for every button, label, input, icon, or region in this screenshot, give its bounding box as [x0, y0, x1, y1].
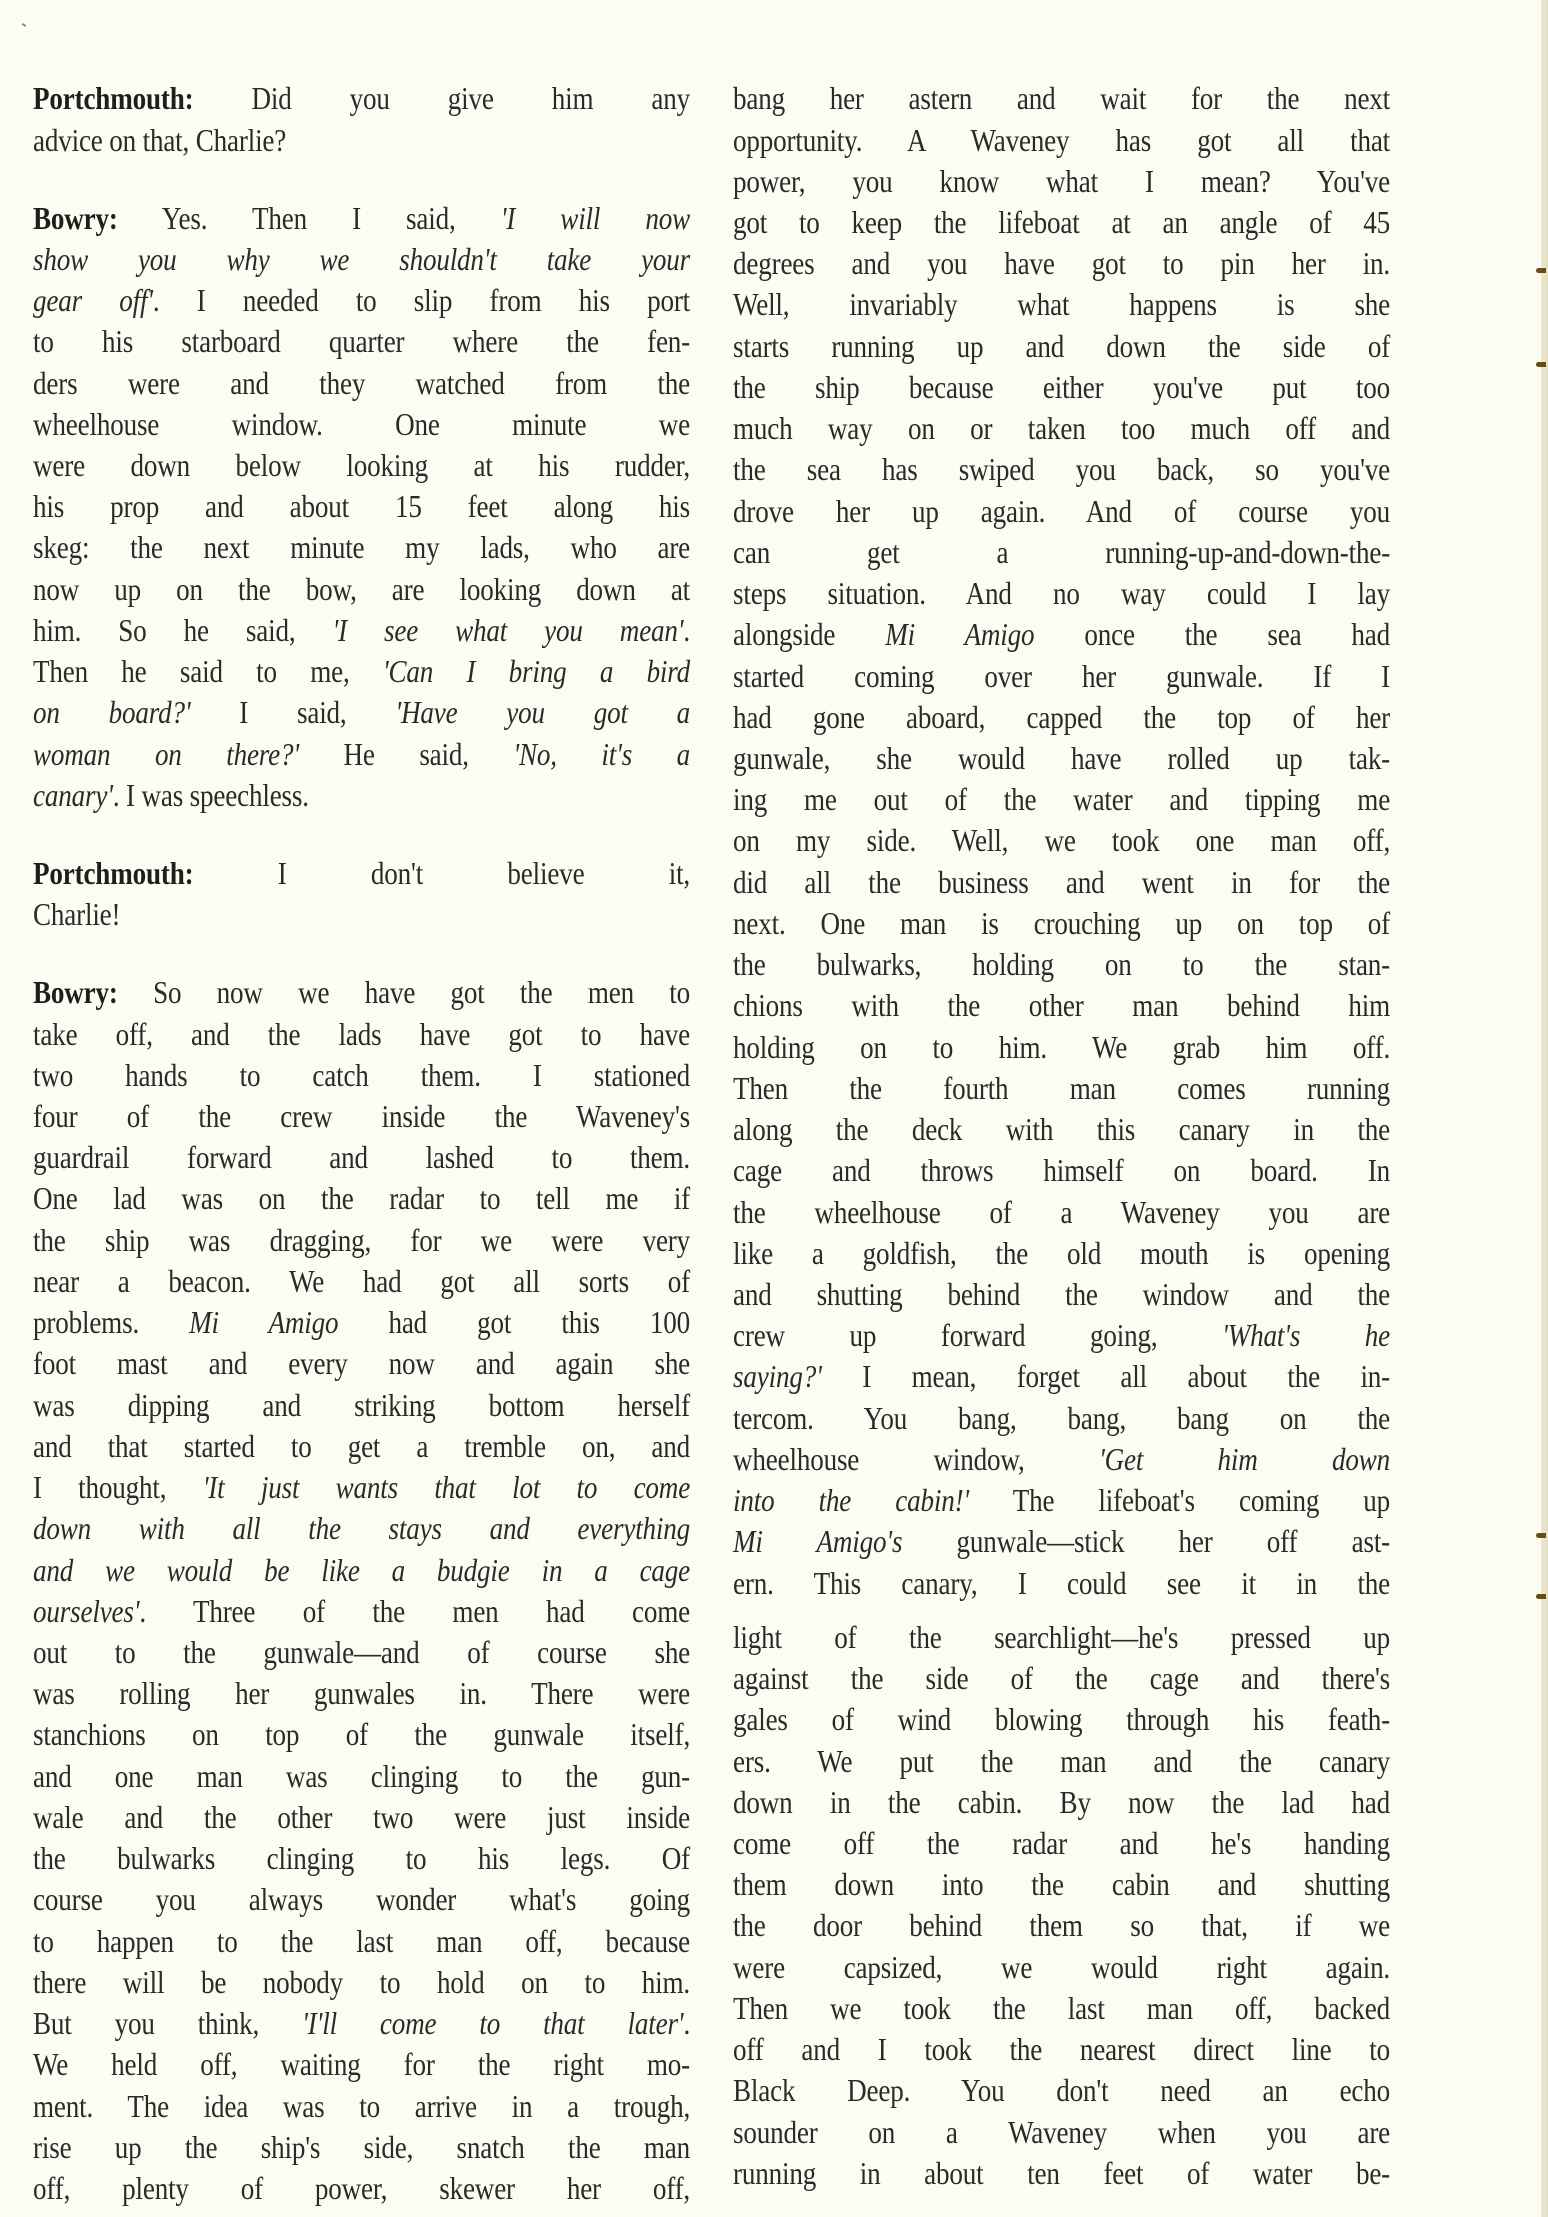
body-text: .: [683, 2006, 690, 2041]
text-line: stanchions on top of the gunwale itself,: [33, 1716, 690, 1754]
body-text: I said,: [190, 695, 395, 730]
text-line: Bowry: Yes. Then I said, 'I will now: [33, 200, 690, 238]
text-line: bang her astern and wait for the next: [733, 80, 1390, 118]
body-text: once the sea had: [1034, 617, 1390, 652]
body-text: were capsized, we would right again.: [733, 1950, 1390, 1985]
text-line: crew up forward going, 'What's he: [733, 1317, 1390, 1355]
text-line: to his starboard quarter where the fen-: [33, 323, 690, 361]
print-speck: [22, 23, 26, 27]
text-line: foot mast and every now and again she: [33, 1345, 690, 1383]
italic-text: 'It just wants that lot to come: [203, 1470, 690, 1505]
text-line: to happen to the last man off, because: [33, 1923, 690, 1961]
italic-text: Mi Amigo: [189, 1305, 338, 1340]
text-line: opportunity. A Waveney has got all that: [733, 122, 1390, 160]
body-text: ers. We put the man and the canary: [733, 1744, 1390, 1779]
body-text: We held off, waiting for the right mo-: [33, 2047, 690, 2082]
body-text: started coming over her gunwale. If I: [733, 659, 1390, 694]
text-line: chions with the other man behind him: [733, 987, 1390, 1025]
body-text: take off, and the lads have got to have: [33, 1017, 690, 1052]
body-text: was rolling her gunwales in. There were: [33, 1676, 690, 1711]
text-line: ment. The idea was to arrive in a trough…: [33, 2088, 690, 2126]
speaker-name: Bowry:: [33, 975, 118, 1010]
italic-text: canary': [33, 778, 113, 813]
body-text: to happen to the last man off, because: [33, 1924, 690, 1959]
staple-mark: [1536, 362, 1546, 367]
body-text: The lifeboat's coming up: [969, 1483, 1390, 1518]
body-text: starts running up and down the side of: [733, 329, 1390, 364]
body-text: Did you give him any: [193, 81, 690, 116]
text-line: the wheelhouse of a Waveney you are: [733, 1194, 1390, 1232]
text-line: running in about ten feet of water be-: [733, 2155, 1390, 2193]
body-text: and one man was clinging to the gun-: [33, 1759, 690, 1794]
text-line: I thought, 'It just wants that lot to co…: [33, 1469, 690, 1507]
body-text: the ship because either you've put too: [733, 370, 1390, 405]
body-text: power, you know what I mean? You've: [733, 164, 1390, 199]
body-text: out to the gunwale—and of course she: [33, 1635, 690, 1670]
text-line: and that started to get a tremble on, an…: [33, 1428, 690, 1466]
body-text: the sea has swiped you back, so you've: [733, 452, 1390, 487]
body-text: the bulwarks, holding on to the stan-: [733, 947, 1390, 982]
body-text: and that started to get a tremble on, an…: [33, 1429, 690, 1464]
body-text: guardrail forward and lashed to them.: [33, 1140, 690, 1175]
italic-text: on board?': [33, 695, 190, 730]
body-text: drove her up again. And of course you: [733, 494, 1390, 529]
text-line: and one man was clinging to the gun-: [33, 1758, 690, 1796]
text-line: We held off, waiting for the right mo-: [33, 2046, 690, 2084]
body-text: off and I took the nearest direct line t…: [733, 2032, 1390, 2067]
text-line: the ship because either you've put too: [733, 369, 1390, 407]
body-text: on my side. Well, we took one man off,: [733, 823, 1390, 858]
text-line: ourselves'. Three of the men had come: [33, 1593, 690, 1631]
text-line: got to keep the lifeboat at an angle of …: [733, 204, 1390, 242]
body-text: So now we have got the men to: [118, 975, 690, 1010]
text-line: rise up the ship's side, snatch the man: [33, 2129, 690, 2167]
body-text: gunwale, she would have rolled up tak-: [733, 741, 1390, 776]
italic-text: 'I'll come to that later': [302, 2006, 683, 2041]
body-text: But you think,: [33, 2006, 302, 2041]
text-line: were down below looking at his rudder,: [33, 447, 690, 485]
body-text: down in the cabin. By now the lad had: [733, 1785, 1390, 1820]
text-line: like a goldfish, the old mouth is openin…: [733, 1235, 1390, 1273]
body-text: opportunity. A Waveney has got all that: [733, 123, 1390, 158]
italic-text: 'Get him down: [1099, 1442, 1390, 1477]
text-line: there will be nobody to hold on to him.: [33, 1964, 690, 2002]
text-line: saying?' I mean, forget all about the in…: [733, 1358, 1390, 1396]
text-line: on board?' I said, 'Have you got a: [33, 694, 690, 732]
text-line: But you think, 'I'll come to that later'…: [33, 2005, 690, 2043]
body-text: Then the fourth man comes running: [733, 1071, 1390, 1106]
text-line: ders were and they watched from the: [33, 365, 690, 403]
text-line: four of the crew inside the Waveney's: [33, 1098, 690, 1136]
body-text: running in about ten feet of water be-: [733, 2156, 1390, 2191]
text-line: guardrail forward and lashed to them.: [33, 1139, 690, 1177]
body-text: chions with the other man behind him: [733, 988, 1390, 1023]
body-text: stanchions on top of the gunwale itself,: [33, 1717, 690, 1752]
text-line: Then he said to me, 'Can I bring a bird: [33, 653, 690, 691]
body-text: them down into the cabin and shutting: [733, 1867, 1390, 1902]
text-line: off and I took the nearest direct line t…: [733, 2031, 1390, 2069]
text-line: wheelhouse window. One minute we: [33, 406, 690, 444]
body-text: course you always wonder what's going: [33, 1882, 690, 1917]
body-text: against the side of the cage and there's: [733, 1661, 1390, 1696]
text-line: gunwale, she would have rolled up tak-: [733, 740, 1390, 778]
text-line: problems. Mi Amigo had got this 100: [33, 1304, 690, 1342]
text-line: along the deck with this canary in the: [733, 1111, 1390, 1149]
body-text: Then we took the last man off, backed: [733, 1991, 1390, 2026]
text-line: off, plenty of power, skewer her off,: [33, 2170, 690, 2208]
speaker-name: Portchmouth:: [33, 856, 193, 891]
text-line: Portchmouth: Did you give him any: [33, 80, 690, 118]
speaker-name: Bowry:: [33, 201, 118, 236]
body-text: degrees and you have got to pin her in.: [733, 246, 1390, 281]
body-text: ern. This canary, I could see it in the: [733, 1566, 1390, 1601]
body-text: alongside: [733, 617, 885, 652]
body-text: now up on the bow, are looking down at: [33, 572, 690, 607]
body-text: wale and the other two were just inside: [33, 1800, 690, 1835]
body-text: his prop and about 15 feet along his: [33, 489, 690, 524]
text-line: next. One man is crouching up on top of: [733, 905, 1390, 943]
text-line: Mi Amigo's gunwale—stick her off ast-: [733, 1523, 1390, 1561]
body-text: bang her astern and wait for the next: [733, 81, 1390, 116]
text-line: into the cabin!' The lifeboat's coming u…: [733, 1482, 1390, 1520]
body-text: the door behind them so that, if we: [733, 1908, 1390, 1943]
text-line: gear off'. I needed to slip from his por…: [33, 282, 690, 320]
italic-text: 'I will now: [501, 201, 690, 236]
body-text: wheelhouse window,: [733, 1442, 1099, 1477]
staple-mark: [1536, 268, 1546, 273]
text-line: the ship was dragging, for we were very: [33, 1222, 690, 1260]
italic-text: and we would be like a budgie in a cage: [33, 1553, 690, 1588]
body-text: foot mast and every now and again she: [33, 1346, 690, 1381]
text-line: the sea has swiped you back, so you've: [733, 451, 1390, 489]
body-text: . I needed to slip from his port: [153, 283, 690, 318]
body-text: four of the crew inside the Waveney's: [33, 1099, 690, 1134]
staple-mark: [1536, 1533, 1546, 1538]
body-text: there will be nobody to hold on to him.: [33, 1965, 690, 2000]
text-line: Then we took the last man off, backed: [733, 1990, 1390, 2028]
text-line: the bulwarks clinging to his legs. Of: [33, 1840, 690, 1878]
italic-text: Mi Amigo: [885, 617, 1034, 652]
text-line: sounder on a Waveney when you are: [733, 2114, 1390, 2152]
text-line: on my side. Well, we took one man off,: [733, 822, 1390, 860]
body-text: the wheelhouse of a Waveney you are: [733, 1195, 1390, 1230]
text-line: course you always wonder what's going: [33, 1881, 690, 1919]
text-line: tercom. You bang, bang, bang on the: [733, 1400, 1390, 1438]
body-text: the ship was dragging, for we were very: [33, 1223, 690, 1258]
text-line: advice on that, Charlie?: [33, 122, 690, 160]
text-line: holding on to him. We grab him off.: [733, 1029, 1390, 1067]
italic-text: 'I see what you mean': [332, 613, 683, 648]
text-line: was rolling her gunwales in. There were: [33, 1675, 690, 1713]
text-line: his prop and about 15 feet along his: [33, 488, 690, 526]
body-text: problems.: [33, 1305, 189, 1340]
text-line: take off, and the lads have got to have: [33, 1016, 690, 1054]
text-line: ing me out of the water and tipping me: [733, 781, 1390, 819]
body-text: him. So he said,: [33, 613, 332, 648]
body-text: He said,: [299, 737, 513, 772]
text-line: show you why we shouldn't take your: [33, 241, 690, 279]
text-line: power, you know what I mean? You've: [733, 163, 1390, 201]
body-text: crew up forward going,: [733, 1318, 1222, 1353]
body-text: did all the business and went in for the: [733, 865, 1390, 900]
body-text: cage and throws himself on board. In: [733, 1153, 1390, 1188]
text-line: did all the business and went in for the: [733, 864, 1390, 902]
body-text: two hands to catch them. I stationed: [33, 1058, 690, 1093]
text-line: now up on the bow, are looking down at: [33, 571, 690, 609]
text-line: much way on or taken too much off and: [733, 410, 1390, 448]
body-text: Well, invariably what happens is she: [733, 287, 1390, 322]
body-text: had got this 100: [338, 1305, 690, 1340]
text-line: Charlie!: [33, 896, 690, 934]
text-line: Portchmouth: I don't believe it,: [33, 855, 690, 893]
text-line: ern. This canary, I could see it in the: [733, 1565, 1390, 1603]
text-line: drove her up again. And of course you: [733, 493, 1390, 531]
text-line: wale and the other two were just inside: [33, 1799, 690, 1837]
text-line: them down into the cabin and shutting: [733, 1866, 1390, 1904]
body-text: skeg: the next minute my lads, who are: [33, 530, 690, 565]
body-text: light of the searchlight—he's pressed up: [733, 1620, 1390, 1655]
text-line: wheelhouse window, 'Get him down: [733, 1441, 1390, 1479]
text-line: come off the radar and he's handing: [733, 1825, 1390, 1863]
body-text: Black Deep. You don't need an echo: [733, 2073, 1390, 2108]
text-line: skeg: the next minute my lads, who are: [33, 529, 690, 567]
text-line: light of the searchlight—he's pressed up: [733, 1619, 1390, 1657]
body-text: . Three of the men had come: [139, 1594, 690, 1629]
text-line: ers. We put the man and the canary: [733, 1743, 1390, 1781]
italic-text: woman on there?': [33, 737, 299, 772]
text-line: alongside Mi Amigo once the sea had: [733, 616, 1390, 654]
body-text: ment. The idea was to arrive in a trough…: [33, 2089, 690, 2124]
text-line: starts running up and down the side of: [733, 328, 1390, 366]
body-text: Charlie!: [33, 897, 120, 932]
body-text: was dipping and striking bottom herself: [33, 1388, 690, 1423]
text-line: against the side of the cage and there's: [733, 1660, 1390, 1698]
body-text: much way on or taken too much off and: [733, 411, 1390, 446]
body-text: to his starboard quarter where the fen-: [33, 324, 690, 359]
speaker-name: Portchmouth:: [33, 81, 193, 116]
text-line: degrees and you have got to pin her in.: [733, 245, 1390, 283]
body-text: wheelhouse window. One minute we: [33, 407, 690, 442]
text-line: can get a running-up-and-down-the-: [733, 534, 1390, 572]
text-line: cage and throws himself on board. In: [733, 1152, 1390, 1190]
text-line: canary'. I was speechless.: [33, 777, 690, 815]
body-text: like a goldfish, the old mouth is openin…: [733, 1236, 1390, 1271]
body-text: I mean, forget all about the in-: [822, 1359, 1390, 1394]
body-text: ing me out of the water and tipping me: [733, 782, 1390, 817]
body-text: steps situation. And no way could I lay: [733, 576, 1390, 611]
body-text: rise up the ship's side, snatch the man: [33, 2130, 690, 2165]
italic-text: 'Can I bring a bird: [383, 654, 690, 689]
body-text: gunwale—stick her off ast-: [902, 1524, 1390, 1559]
body-text: got to keep the lifeboat at an angle of …: [733, 205, 1390, 240]
text-line: woman on there?' He said, 'No, it's a: [33, 736, 690, 774]
text-line: was dipping and striking bottom herself: [33, 1387, 690, 1425]
text-line: and shutting behind the window and the: [733, 1276, 1390, 1314]
body-text: off, plenty of power, skewer her off,: [33, 2171, 690, 2206]
body-text: the bulwarks clinging to his legs. Of: [33, 1841, 690, 1876]
body-text: near a beacon. We had got all sorts of: [33, 1264, 690, 1299]
text-line: the bulwarks, holding on to the stan-: [733, 946, 1390, 984]
text-line: down with all the stays and everything: [33, 1510, 690, 1548]
text-line: the door behind them so that, if we: [733, 1907, 1390, 1945]
text-line: two hands to catch them. I stationed: [33, 1057, 690, 1095]
magazine-page: Portchmouth: Did you give him anyadvice …: [0, 0, 1548, 2217]
body-text: were down below looking at his rudder,: [33, 448, 690, 483]
body-text: .: [683, 613, 690, 648]
text-line: Bowry: So now we have got the men to: [33, 974, 690, 1012]
body-text: Yes. Then I said,: [118, 201, 501, 236]
italic-text: ourselves': [33, 1594, 139, 1629]
text-line: down in the cabin. By now the lad had: [733, 1784, 1390, 1822]
text-line: out to the gunwale—and of course she: [33, 1634, 690, 1672]
text-line: near a beacon. We had got all sorts of: [33, 1263, 690, 1301]
text-line: gales of wind blowing through his feath-: [733, 1701, 1390, 1739]
italic-text: 'No, it's a: [513, 737, 690, 772]
body-text: and shutting behind the window and the: [733, 1277, 1390, 1312]
body-text: ders were and they watched from the: [33, 366, 690, 401]
body-text: had gone aboard, capped the top of her: [733, 700, 1390, 735]
body-text: holding on to him. We grab him off.: [733, 1030, 1390, 1065]
body-text: can get a running-up-and-down-the-: [733, 535, 1390, 570]
italic-text: down with all the stays and everything: [33, 1511, 690, 1546]
text-line: Then the fourth man comes running: [733, 1070, 1390, 1108]
body-text: come off the radar and he's handing: [733, 1826, 1390, 1861]
body-text: Then he said to me,: [33, 654, 383, 689]
staple-mark: [1536, 1594, 1546, 1599]
text-line: started coming over her gunwale. If I: [733, 658, 1390, 696]
body-text: next. One man is crouching up on top of: [733, 906, 1390, 941]
text-line: him. So he said, 'I see what you mean'.: [33, 612, 690, 650]
italic-text: saying?': [733, 1359, 822, 1394]
italic-text: 'What's he: [1222, 1318, 1390, 1353]
body-text: . I was speechless.: [113, 778, 309, 813]
italic-text: into the cabin!': [733, 1483, 969, 1518]
page-binding-edge: [1541, 0, 1548, 2217]
body-text: along the deck with this canary in the: [733, 1112, 1390, 1147]
text-line: steps situation. And no way could I lay: [733, 575, 1390, 613]
italic-text: Mi Amigo's: [733, 1524, 902, 1559]
body-text: I thought,: [33, 1470, 203, 1505]
italic-text: show you why we shouldn't take your: [33, 242, 690, 277]
body-text: advice on that, Charlie?: [33, 123, 286, 158]
text-line: One lad was on the radar to tell me if: [33, 1180, 690, 1218]
body-text: One lad was on the radar to tell me if: [33, 1181, 690, 1216]
body-text: sounder on a Waveney when you are: [733, 2115, 1390, 2150]
text-line: and we would be like a budgie in a cage: [33, 1552, 690, 1590]
body-text: tercom. You bang, bang, bang on the: [733, 1401, 1390, 1436]
body-text: gales of wind blowing through his feath-: [733, 1702, 1390, 1737]
text-line: Well, invariably what happens is she: [733, 286, 1390, 324]
text-line: Black Deep. You don't need an echo: [733, 2072, 1390, 2110]
italic-text: 'Have you got a: [395, 695, 690, 730]
text-line: were capsized, we would right again.: [733, 1949, 1390, 1987]
italic-text: gear off': [33, 283, 153, 318]
body-text: I don't believe it,: [193, 856, 690, 891]
text-line: had gone aboard, capped the top of her: [733, 699, 1390, 737]
